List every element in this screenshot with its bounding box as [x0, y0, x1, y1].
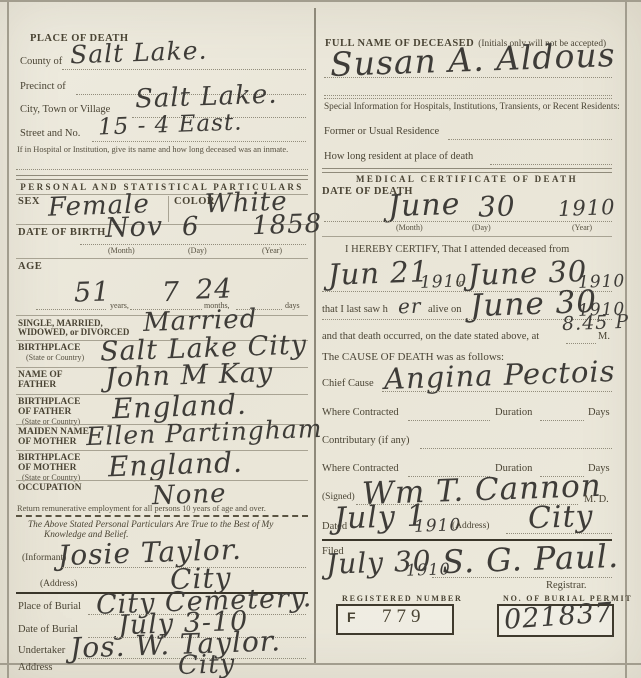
dated-address-value: City: [527, 499, 594, 536]
age-months-value: 7: [161, 277, 180, 309]
dob-day-caption: (Day): [188, 246, 207, 255]
county-label: County of: [20, 56, 62, 67]
where-contracted-label2: Where Contracted: [322, 463, 399, 474]
dod-line: [324, 220, 612, 222]
to-label: to: [456, 278, 464, 289]
chief-cause-line: [382, 390, 612, 392]
dated-address-line: [506, 532, 612, 534]
burial-place-label: Place of Burial: [18, 601, 81, 612]
mother-bp-label-line2: OF MOTHER: [18, 463, 77, 473]
attestation-line1: The Above Stated Personal Particulars Ar…: [28, 520, 273, 530]
certify-statement: I HEREBY CERTIFY, That I attended deceas…: [345, 244, 569, 255]
frame-left-rule: [7, 0, 9, 678]
mother-bp-value: England.: [107, 446, 243, 484]
age-years-caption: years,: [110, 301, 129, 310]
informant-address-label: (Address): [40, 579, 77, 589]
father-label-line1: NAME OF: [18, 370, 63, 380]
medical-section-header: MEDICAL CERTIFICATE OF DEATH: [322, 174, 612, 184]
occupation-label: OCCUPATION: [18, 483, 82, 493]
where-contracted-label: Where Contracted: [322, 407, 399, 418]
death-certificate-scan: PLACE OF DEATH County of Salt Lake. Prec…: [0, 0, 641, 678]
where-contracted-line: [408, 419, 490, 421]
mother-bp-label-line1: BIRTHPLACE: [18, 453, 80, 463]
street-label: Street and No.: [20, 128, 80, 139]
last-saw-prefix: that I last saw h: [322, 304, 388, 315]
dated-address-label: (Address): [452, 521, 489, 531]
registrar-label: Registrar.: [546, 580, 587, 591]
special-info-label: Special Information for Hospitals, Insti…: [324, 102, 620, 112]
precinct-label: Precinct of: [20, 81, 66, 92]
attended-from-value: Jun 21: [327, 254, 429, 292]
meridiem-label: M.: [598, 331, 610, 342]
father-bp-label-line2: OF FATHER: [18, 407, 71, 417]
street-value: 15 - 4 East.: [98, 109, 243, 140]
chief-cause-label: Chief Cause: [322, 378, 374, 389]
left-double-rule: [16, 175, 308, 180]
dob-year-caption: (Year): [262, 246, 282, 255]
name-line: [324, 76, 612, 78]
rule: [16, 258, 308, 259]
days-label: Days: [588, 407, 610, 418]
dob-month-caption: (Month): [108, 246, 135, 255]
contributary-label: Contributary (if any): [322, 435, 409, 446]
mother-label-line1: MAIDEN NAME: [18, 427, 89, 437]
dob-line: [80, 243, 306, 245]
former-residence-label: Former or Usual Residence: [324, 126, 439, 137]
last-saw-er-value: er: [398, 294, 422, 319]
sex-label: SEX: [18, 196, 40, 207]
dod-year-value: 1910: [558, 195, 616, 221]
dod-day-caption: (Day): [472, 223, 491, 232]
registrar-line: [432, 576, 612, 578]
dob-year-value: 1858: [251, 209, 322, 241]
street-line: [92, 140, 306, 142]
resident-duration-line: [490, 163, 612, 165]
resident-duration-label: How long resident at place of death: [324, 151, 473, 162]
age-years-line: [36, 308, 106, 310]
registrar-signature-value: S. G. Paul.: [441, 537, 619, 581]
death-time-value: 8.45 P: [562, 311, 630, 335]
age-days-caption: days: [285, 301, 300, 310]
alive-on-label: alive on: [428, 304, 462, 315]
city-label: City, Town or Village: [20, 104, 110, 115]
death-time-line: [566, 342, 596, 344]
city-value: Salt Lake.: [135, 80, 278, 115]
age-label: AGE: [18, 261, 42, 272]
registered-number-prefix: F: [347, 609, 356, 625]
father-label-line2: FATHER: [18, 380, 56, 390]
dob-label: DATE OF BIRTH: [18, 227, 106, 238]
rule: [322, 236, 612, 237]
dob-day-value: 6: [181, 212, 200, 243]
dotted-rule: [324, 97, 612, 99]
dod-day-value: 30: [477, 189, 516, 223]
duration-label: Duration: [495, 407, 532, 418]
birthplace-label: BIRTHPLACE: [18, 343, 80, 353]
sex-color-divider: [168, 196, 169, 222]
father-name-value: John M Kay: [105, 357, 274, 394]
duration-line: [540, 419, 584, 421]
mother-label-line2: OF MOTHER: [18, 437, 77, 447]
hospital-note: If in Hospital or Institution, give its …: [17, 145, 288, 154]
undertaker-label: Undertaker: [18, 645, 65, 656]
registered-number-label: REGISTERED NUMBER: [342, 594, 463, 603]
frame-right-rule: [625, 0, 627, 678]
dod-month-caption: (Month): [396, 223, 423, 232]
left-dashed-band: [16, 515, 308, 519]
registered-number-value: 779: [382, 606, 426, 628]
column-divider-rule: [314, 8, 316, 663]
father-bp-label-line1: BIRTHPLACE: [18, 397, 80, 407]
dotted-rule: [324, 94, 612, 96]
age-years-value: 51: [73, 276, 110, 308]
undertaker-address-label: Address: [18, 662, 52, 673]
county-value: Salt Lake.: [70, 36, 208, 70]
left-dotted-rule: [16, 168, 308, 170]
occupation-note: Return remunerative employment for all p…: [17, 504, 266, 513]
contributary-line: [420, 447, 612, 449]
undertaker-address-value: City: [177, 649, 235, 678]
former-residence-line: [448, 138, 612, 140]
frame-top-rule: [0, 0, 641, 2]
dob-month-value: Nov: [104, 211, 163, 244]
dod-month-value: June: [387, 187, 461, 225]
birthplace-caption: (State or Country): [26, 353, 84, 362]
death-occurred-statement: and that death occurred, on the date sta…: [322, 331, 539, 342]
right-double-rule: [322, 168, 612, 173]
dod-year-caption: (Year): [572, 223, 592, 232]
